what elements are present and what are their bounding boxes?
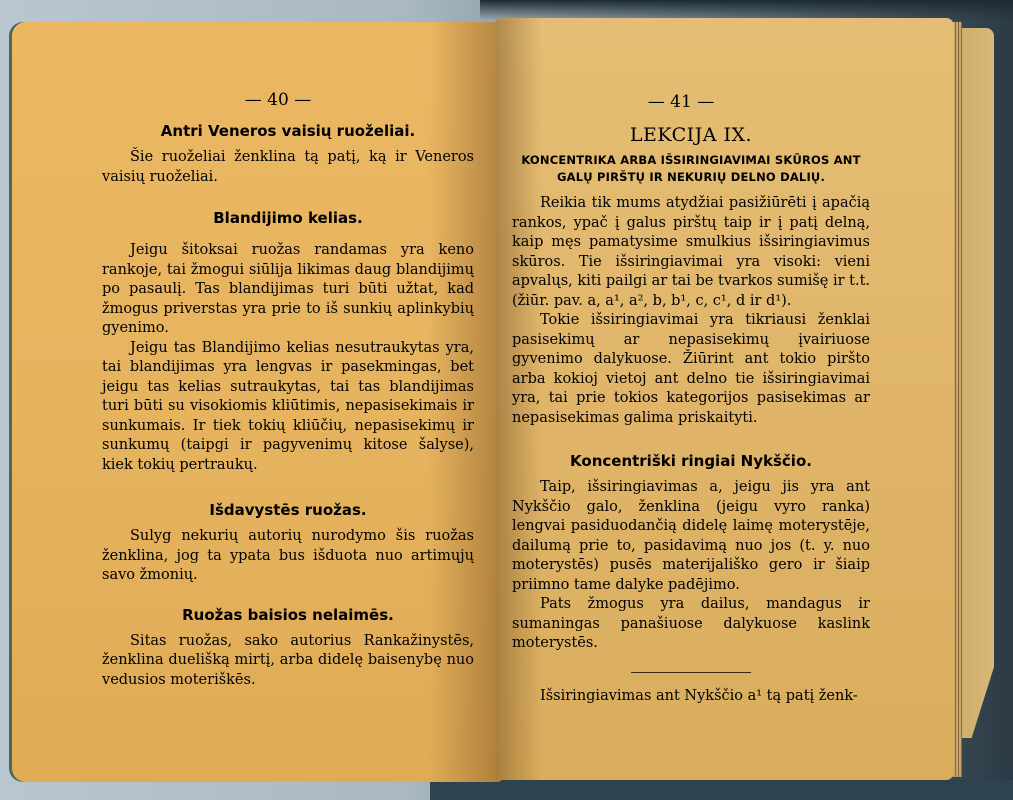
scan-bottom-shadow (430, 780, 1013, 800)
paragraph: Jeigu šitoksai ruožas randamas yra keno … (102, 241, 474, 339)
page-number: — 40 — (82, 90, 474, 110)
paragraph: Šie ruoželiai ženklina tą patį, ką ir Ve… (102, 148, 474, 187)
section-heading: Išdavystēs ruožas. (102, 501, 474, 519)
paragraph: Sitas ruožas, sako autorius Rankažinystē… (102, 632, 474, 691)
paragraph: Tokie išsiringiavimai yra tikriausi ženk… (512, 311, 870, 428)
right-page-content: — 41 — LEKCIJA IX. KONCENTRIKA ARBA IŠSI… (512, 92, 870, 706)
paragraph: Taip, išsiringiavimas a, jeigu jis yra a… (512, 478, 870, 595)
scan-top-shadow (480, 0, 1013, 20)
paragraph: Sulyg nekurių autorių nurodymo šis ruoža… (102, 527, 474, 586)
paragraph: Išsiringiavimas ant Nykščio a¹ tą patį ž… (512, 687, 870, 707)
paragraph: Jeigu tas Blandijimo kelias nesutraukyta… (102, 339, 474, 476)
book-back-cover (962, 28, 994, 738)
section-heading: Antri Veneros vaisių ruoželiai. (102, 122, 474, 140)
paragraph: Reikia tik mums atydžiai pasižiūrēti į a… (512, 194, 870, 311)
section-heading: Ruožas baisios nelaimēs. (102, 606, 474, 624)
section-heading: Koncentriški ringiai Nykščio. (512, 452, 870, 470)
paragraph: Pats žmogus yra dailus, mandagus ir suma… (512, 595, 870, 654)
section-divider (631, 672, 751, 673)
lesson-title: LEKCIJA IX. (512, 124, 870, 146)
left-page-content: — 40 — Antri Veneros vaisių ruoželiai. Š… (102, 90, 474, 690)
lesson-subtitle: KONCENTRIKA ARBA IŠSIRINGIAVIMAI SKŪROS … (512, 152, 870, 186)
page-number: — 41 — (492, 92, 870, 112)
section-heading: Blandijimo kelias. (102, 209, 474, 227)
